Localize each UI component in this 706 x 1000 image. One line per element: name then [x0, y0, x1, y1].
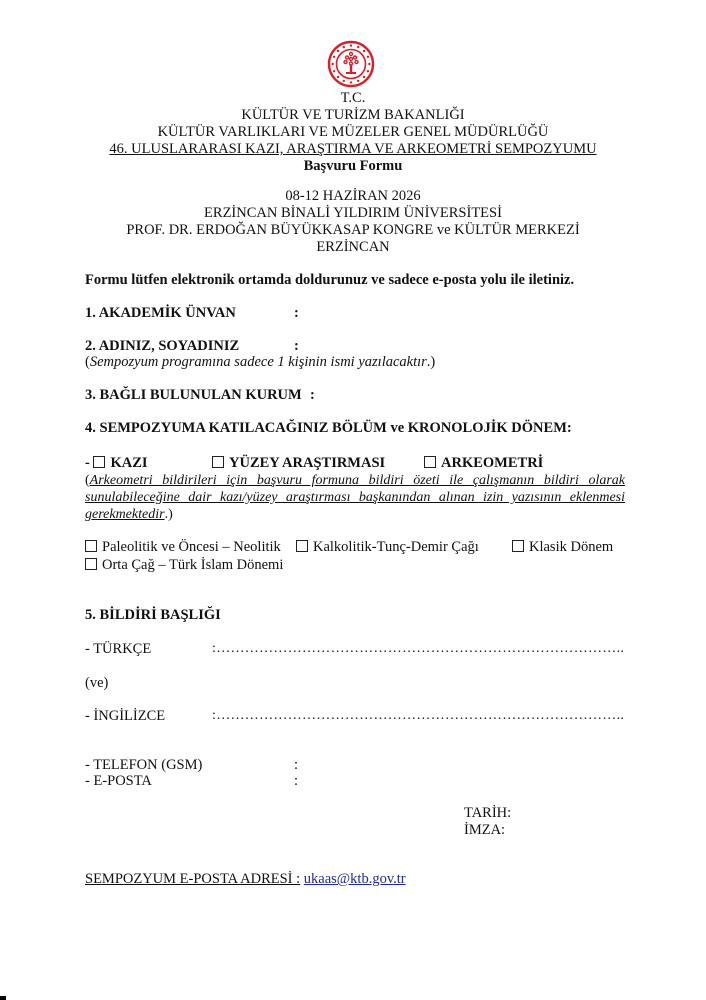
checkbox-paleolithic[interactable]	[85, 540, 97, 552]
date-label: TARİH:	[464, 805, 511, 822]
ministry-emblem-icon	[325, 38, 377, 90]
email-field[interactable]	[305, 772, 625, 790]
medieval-label: Orta Çağ – Türk İslam Dönemi	[102, 557, 283, 573]
dash: -	[85, 455, 90, 471]
period-option-classical[interactable]: Klasik Dönem	[512, 539, 613, 556]
period-option-medieval[interactable]: Orta Çağ – Türk İslam Dönemi	[85, 557, 283, 574]
english-title-label: - İNGİLİZCE	[85, 708, 165, 725]
institution-label: 3. BAĞLI BULUNULAN KURUM	[85, 387, 302, 404]
chalcolithic-label: Kalkolitik-Tunç-Demir Çağı	[313, 539, 479, 555]
institution-field[interactable]	[322, 386, 622, 404]
checkbox-chalcolithic[interactable]	[296, 540, 308, 552]
full-name-label: 2. ADINIZ, SOYADINIZ	[85, 338, 239, 355]
event-city: ERZİNCAN	[0, 239, 706, 256]
header-directorate: KÜLTÜR VARLIKLARI VE MÜZELER GENEL MÜDÜR…	[0, 124, 706, 141]
turkish-title-label: - TÜRKÇE	[85, 641, 151, 658]
kazi-label: KAZI	[110, 455, 147, 471]
institution-colon: :	[310, 387, 315, 404]
section4-heading: 4. SEMPOZYUMA KATILACAĞINIZ BÖLÜM ve KRO…	[85, 420, 572, 437]
checkbox-kazi[interactable]	[93, 456, 105, 468]
survey-label: YÜZEY ARAŞTIRMASI	[229, 455, 385, 471]
checkbox-archaeometry[interactable]	[424, 456, 436, 468]
phone-label: - TELEFON (GSM)	[85, 757, 202, 774]
full-name-note-text: Sempozyum programına sadece 1 kişinin is…	[90, 354, 427, 370]
classical-label: Klasik Dönem	[529, 539, 613, 555]
event-venue: PROF. DR. ERDOĞAN BÜYÜKKASAP KONGRE ve K…	[0, 222, 706, 239]
form-title: Başvuru Formu	[0, 158, 706, 175]
academic-title-colon: :	[294, 305, 299, 322]
note-close-paren: .)	[165, 507, 173, 522]
full-name-colon: :	[294, 338, 299, 355]
period-option-paleolithic[interactable]: Paleolitik ve Öncesi – Neolitik	[85, 539, 281, 556]
turkish-title-field[interactable]: :…………………………………………………………………………..	[212, 641, 624, 657]
full-name-field[interactable]	[305, 337, 625, 355]
header-symposium: 46. ULUSLARARASI KAZI, ARAŞTIRMA VE ARKE…	[0, 141, 706, 158]
scan-corner-mark	[0, 996, 6, 1000]
full-name-note: (Sempozyum programına sadece 1 kişinin i…	[85, 354, 435, 371]
email-colon: :	[294, 773, 298, 790]
archaeometry-label: ARKEOMETRİ	[441, 455, 543, 471]
paleolithic-label: Paleolitik ve Öncesi – Neolitik	[102, 539, 281, 555]
academic-title-label: 1. AKADEMİK ÜNVAN	[85, 305, 236, 322]
event-university: ERZİNCAN BİNALİ YILDIRIM ÜNİVERSİTESİ	[0, 205, 706, 222]
academic-title-field[interactable]	[305, 304, 625, 322]
symposium-email-link[interactable]: ukaas@ktb.gov.tr	[304, 871, 406, 887]
email-label: - E-POSTA	[85, 773, 152, 790]
signature-label: İMZA:	[464, 822, 505, 839]
event-dates: 08-12 HAZİRAN 2026	[0, 188, 706, 205]
symposium-email-label: SEMPOZYUM E-POSTA ADRESİ :	[85, 871, 300, 887]
and-label: (ve)	[85, 675, 108, 692]
symposium-email-line: SEMPOZYUM E-POSTA ADRESİ : ukaas@ktb.gov…	[85, 871, 406, 888]
section-option-kazi[interactable]: - KAZI	[85, 455, 148, 472]
checkbox-classical[interactable]	[512, 540, 524, 552]
phone-colon: :	[294, 757, 298, 774]
period-option-chalcolithic[interactable]: Kalkolitik-Tunç-Demir Çağı	[296, 539, 479, 556]
checkbox-survey[interactable]	[212, 456, 224, 468]
section5-heading: 5. BİLDİRİ BAŞLIĞI	[85, 607, 221, 624]
section-option-survey[interactable]: YÜZEY ARAŞTIRMASI	[212, 455, 385, 472]
header-tc: T.C.	[0, 90, 706, 107]
header-ministry: KÜLTÜR VE TURİZM BAKANLIĞI	[0, 107, 706, 124]
archaeometry-note: (Arkeometri bildirileri için başvuru for…	[85, 472, 625, 523]
instruction-text: Formu lütfen elektronik ortamda doldurun…	[85, 272, 574, 289]
section-option-archaeometry[interactable]: ARKEOMETRİ	[424, 455, 543, 472]
english-title-field[interactable]: :…………………………………………………………………………..	[212, 708, 624, 724]
note-close-paren: .)	[427, 354, 435, 370]
checkbox-medieval[interactable]	[85, 558, 97, 570]
